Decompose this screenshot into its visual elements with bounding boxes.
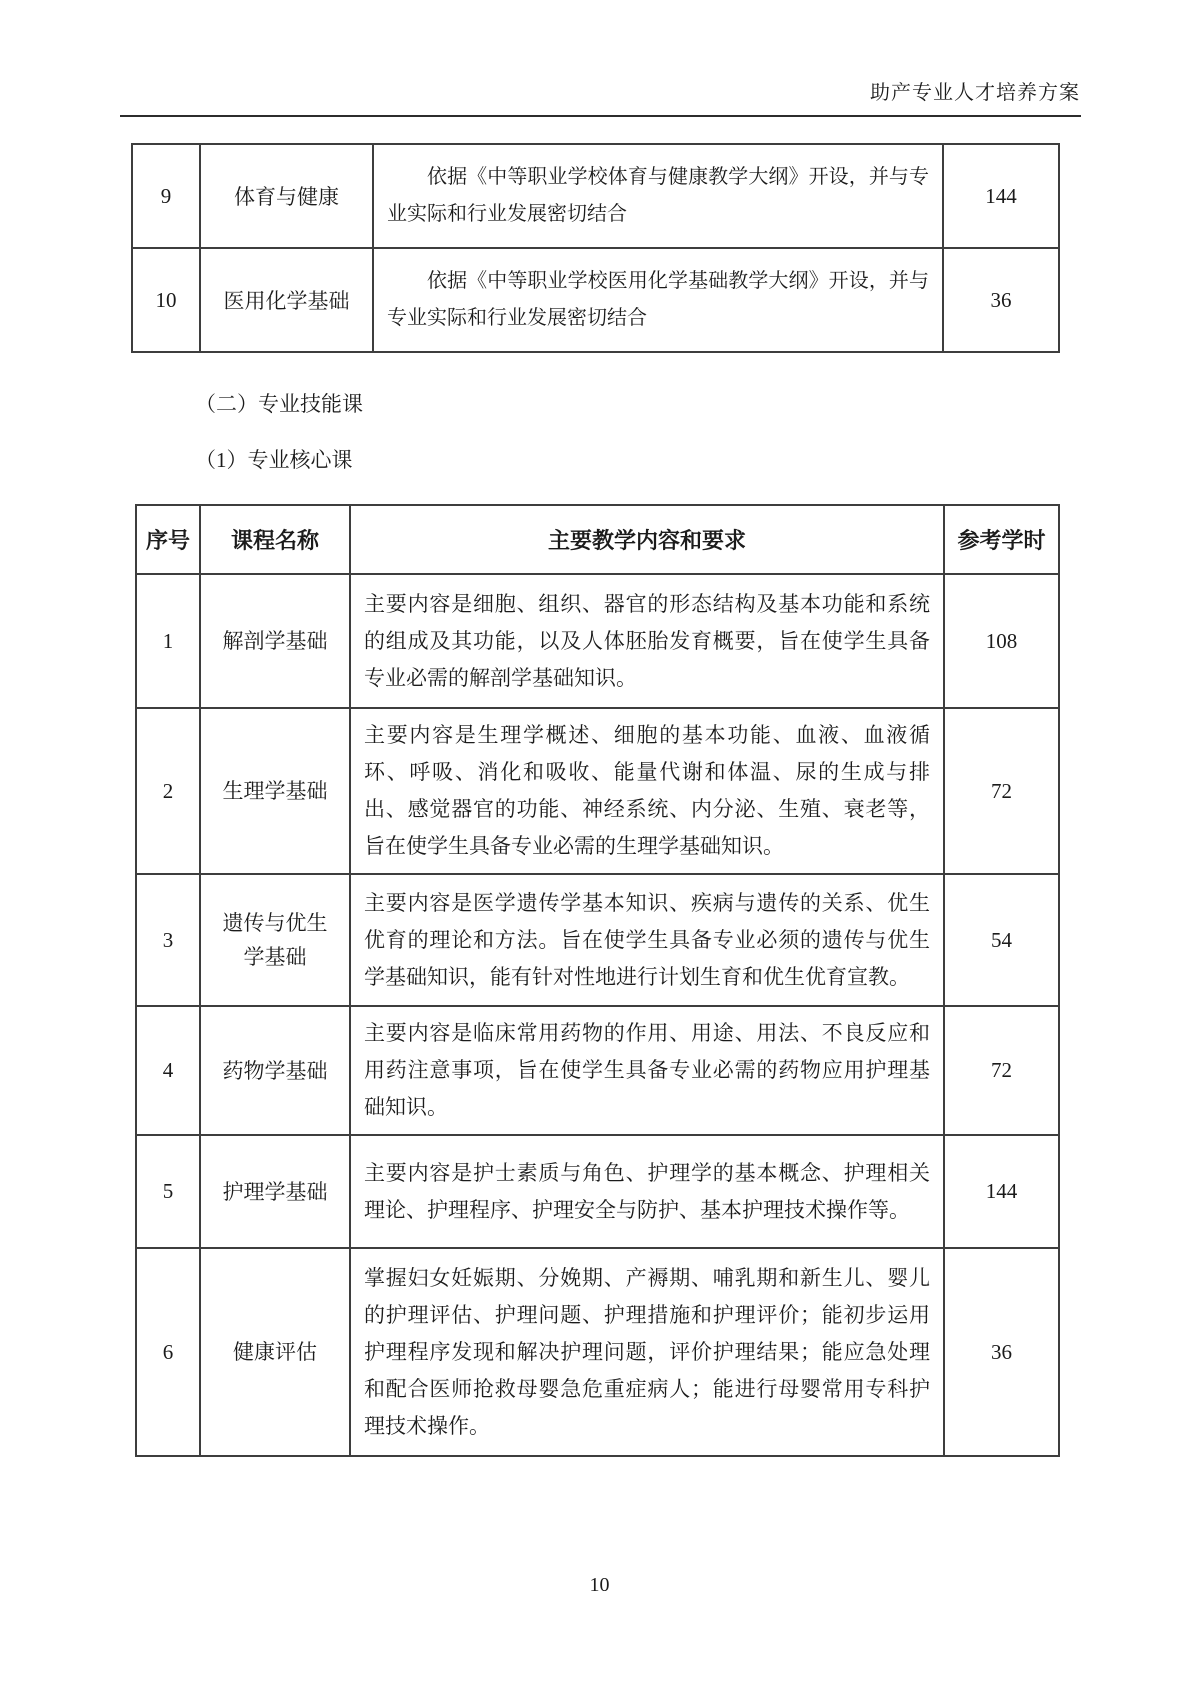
course-name-cell: 健康评估: [200, 1248, 350, 1456]
content-cell: 掌握妇女妊娠期、分娩期、产褥期、哺乳期和新生儿、婴儿的护理评估、护理问题、护理措…: [350, 1248, 944, 1456]
page-header-title: 助产专业人才培养方案: [0, 0, 1199, 106]
section-heading-core-courses: （1）专业核心课: [195, 445, 1199, 476]
course-name-cell: 遗传与优生学基础: [200, 874, 350, 1006]
hours-cell: 72: [944, 708, 1059, 874]
table-row: 6 健康评估 掌握妇女妊娠期、分娩期、产褥期、哺乳期和新生儿、婴儿的护理评估、护…: [136, 1248, 1059, 1456]
content-cell: 主要内容是临床常用药物的作用、用途、用法、不良反应和用药注意事项，旨在使学生具备…: [350, 1006, 944, 1135]
core-course-table: 序号 课程名称 主要教学内容和要求 参考学时 1 解剖学基础 主要内容是细胞、组…: [135, 504, 1060, 1457]
table-row: 5 护理学基础 主要内容是护士素质与角色、护理学的基本概念、护理相关理论、护理程…: [136, 1135, 1059, 1248]
hours-cell: 108: [944, 574, 1059, 708]
col-header-hours: 参考学时: [944, 505, 1059, 574]
seq-cell: 2: [136, 708, 200, 874]
table-row: 2 生理学基础 主要内容是生理学概述、细胞的基本功能、血液、血液循环、呼吸、消化…: [136, 708, 1059, 874]
course-name-cell: 药物学基础: [200, 1006, 350, 1135]
hours-cell: 144: [944, 1135, 1059, 1248]
hours-cell: 54: [944, 874, 1059, 1006]
section-heading-skill-courses: （二）专业技能课: [195, 389, 1199, 420]
content-cell: 主要内容是生理学概述、细胞的基本功能、血液、血液循环、呼吸、消化和吸收、能量代谢…: [350, 708, 944, 874]
course-name-cell: 体育与健康: [200, 144, 373, 248]
content-cell: 主要内容是医学遗传学基本知识、疾病与遗传的关系、优生优育的理论和方法。旨在使学生…: [350, 874, 944, 1006]
content-cell: 依据《中等职业学校体育与健康教学大纲》开设，并与专业实际和行业发展密切结合: [373, 144, 943, 248]
course-name-cell: 生理学基础: [200, 708, 350, 874]
seq-cell: 4: [136, 1006, 200, 1135]
col-header-course: 课程名称: [200, 505, 350, 574]
seq-cell: 6: [136, 1248, 200, 1456]
seq-cell: 3: [136, 874, 200, 1006]
page-number: 10: [0, 1574, 1199, 1597]
content-cell: 主要内容是护士素质与角色、护理学的基本概念、护理相关理论、护理程序、护理安全与防…: [350, 1135, 944, 1248]
content-cell: 主要内容是细胞、组织、器官的形态结构及基本功能和系统的组成及其功能，以及人体胚胎…: [350, 574, 944, 708]
seq-cell: 10: [132, 248, 200, 352]
table-row: 10 医用化学基础 依据《中等职业学校医用化学基础教学大纲》开设，并与专业实际和…: [132, 248, 1059, 352]
seq-cell: 5: [136, 1135, 200, 1248]
table-row: 9 体育与健康 依据《中等职业学校体育与健康教学大纲》开设，并与专业实际和行业发…: [132, 144, 1059, 248]
table-header-row: 序号 课程名称 主要教学内容和要求 参考学时: [136, 505, 1059, 574]
header-rule: [120, 115, 1081, 117]
col-header-content: 主要教学内容和要求: [350, 505, 944, 574]
hours-cell: 36: [944, 1248, 1059, 1456]
col-header-seq: 序号: [136, 505, 200, 574]
course-name-cell: 医用化学基础: [200, 248, 373, 352]
seq-cell: 1: [136, 574, 200, 708]
table-row: 3 遗传与优生学基础 主要内容是医学遗传学基本知识、疾病与遗传的关系、优生优育的…: [136, 874, 1059, 1006]
course-table-continued: 9 体育与健康 依据《中等职业学校体育与健康教学大纲》开设，并与专业实际和行业发…: [131, 143, 1060, 353]
document-page: 助产专业人才培养方案 9 体育与健康 依据《中等职业学校体育与健康教学大纲》开设…: [0, 0, 1199, 1696]
course-name-cell: 解剖学基础: [200, 574, 350, 708]
hours-cell: 72: [944, 1006, 1059, 1135]
course-name-cell: 护理学基础: [200, 1135, 350, 1248]
seq-cell: 9: [132, 144, 200, 248]
hours-cell: 36: [943, 248, 1059, 352]
table-row: 4 药物学基础 主要内容是临床常用药物的作用、用途、用法、不良反应和用药注意事项…: [136, 1006, 1059, 1135]
content-cell: 依据《中等职业学校医用化学基础教学大纲》开设，并与专业实际和行业发展密切结合: [373, 248, 943, 352]
table-row: 1 解剖学基础 主要内容是细胞、组织、器官的形态结构及基本功能和系统的组成及其功…: [136, 574, 1059, 708]
hours-cell: 144: [943, 144, 1059, 248]
